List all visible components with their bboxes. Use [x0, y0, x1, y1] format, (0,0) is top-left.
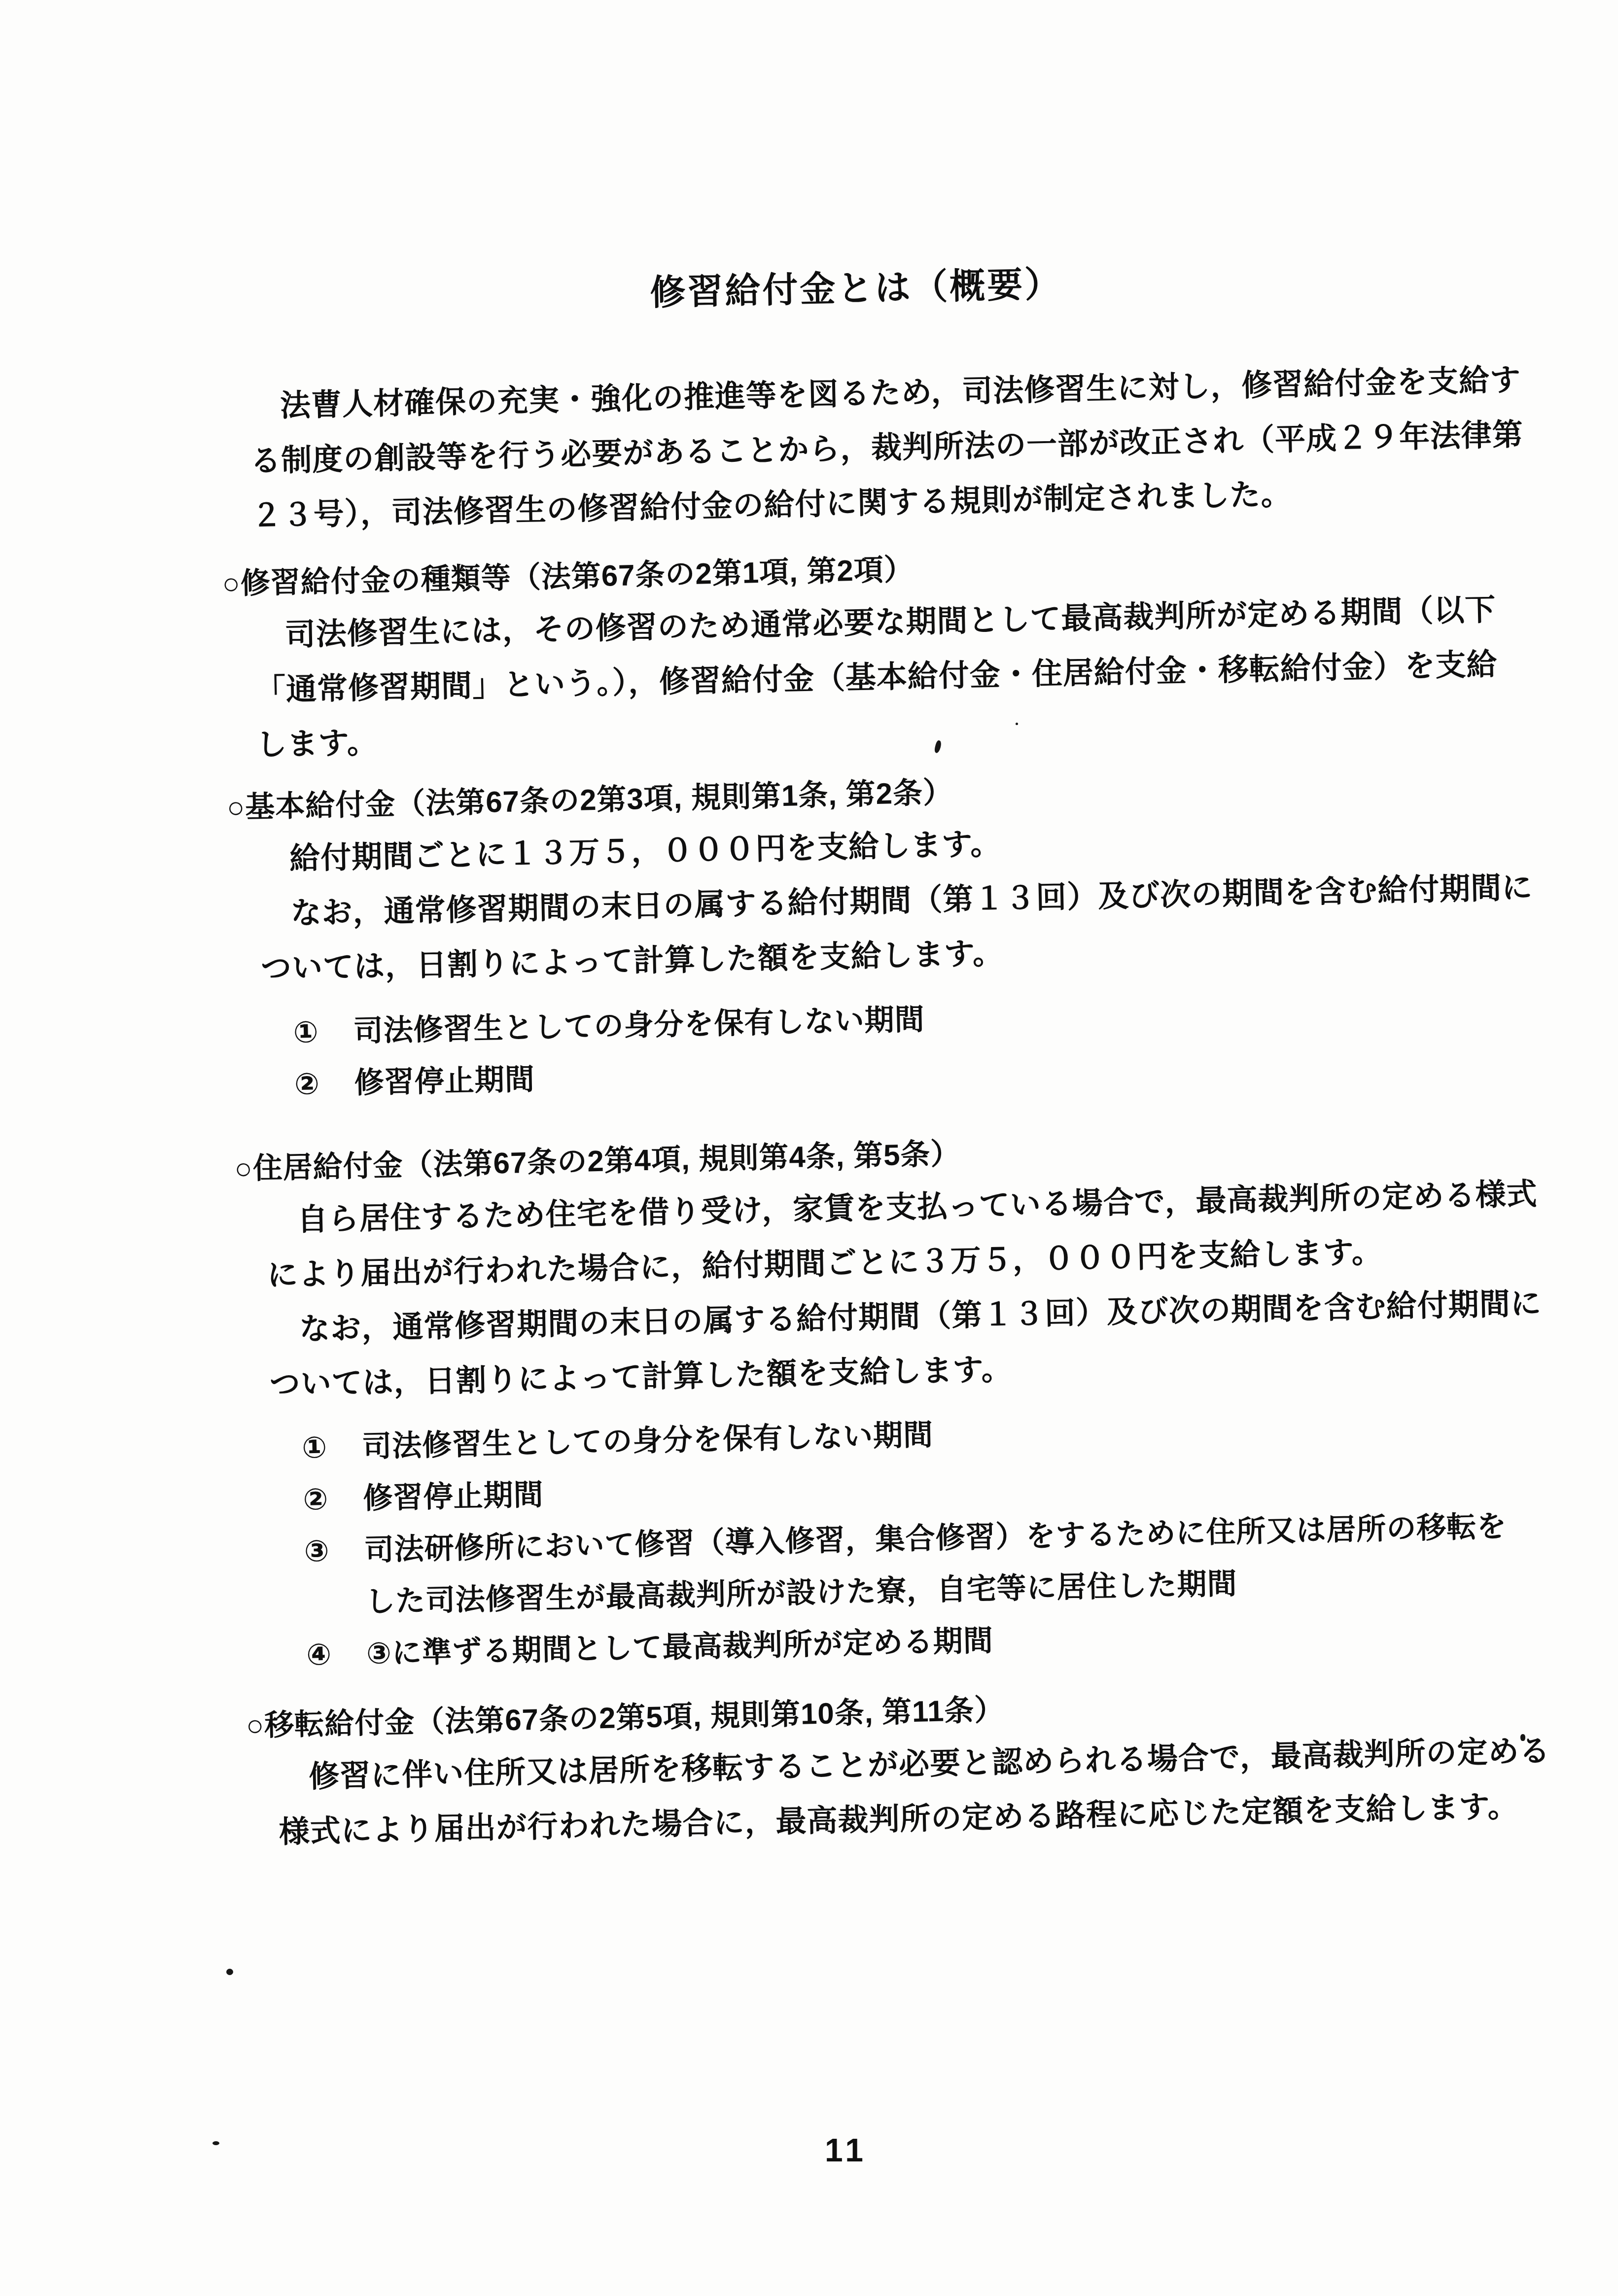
- section-body: 修習に伴い住所又は居所を移転することが必要と認められる場合で，最高裁判所の定める…: [277, 1723, 1606, 1860]
- item-marker: ②: [303, 1472, 364, 1526]
- item-marker: ③: [304, 1524, 365, 1577]
- item-marker: ①: [293, 1005, 354, 1058]
- section-types: ○修習給付金の種類等（法第67条の2第1項, 第2項） 司法修習生には，その修習…: [0, 534, 1613, 778]
- section-housing-benefit: ○住居給付金（法第67条の2第4項, 規則第4条, 第5条） 自ら居住するため住…: [3, 1119, 1618, 1687]
- scanned-document-page: 修習給付金とは（概要） 法曹人材確保の充実・強化の推進等を図るため，司法修習生に…: [0, 0, 1618, 2296]
- section-body: 自ら居住するため住宅を借り受け，家賃を支払っている場合で，最高裁判所の定める様式…: [266, 1166, 1597, 1412]
- scan-speck: [226, 1969, 233, 1975]
- item-marker: ①: [301, 1421, 362, 1474]
- page-content: 修習給付金とは（概要） 法曹人材確保の充実・強化の推進等を図るため，司法修習生に…: [0, 0, 1618, 1865]
- scan-speck: [1520, 1734, 1525, 1741]
- item-marker: ②: [294, 1057, 355, 1110]
- section-basic-benefit: ○基本給付金（法第67条の2第3項, 規則第1条, 第2条） 給付期間ごとに１３…: [0, 758, 1618, 1116]
- page-number: 11: [0, 2130, 1618, 2170]
- scan-speck: [1016, 723, 1018, 725]
- text-line: 修習停止期間: [363, 1478, 544, 1515]
- text-line: ③に準ずる期間として最高裁判所が定める期間: [366, 1624, 993, 1670]
- text-line: 司法修習生としての身分を保有しない期間: [362, 1418, 934, 1463]
- text-line: 修習停止期間: [354, 1063, 535, 1100]
- numbered-list: ① 司法修習生としての身分を保有しない期間 ② 修習停止期間 ③ 司法研修所にお…: [301, 1394, 1618, 1680]
- section-body: 司法修習生には，その修習のため通常必要な期間として最高裁判所が定める期間（以下 …: [253, 581, 1583, 772]
- section-relocation-benefit: ○移転給付金（法第67条の2第5項, 規則第10条, 第11条） 修習に伴い住所…: [15, 1676, 1618, 1865]
- text-line: した司法修習生が最高裁判所が設けた寮，自宅等に居住した期間: [365, 1567, 1237, 1618]
- document-title: 修習給付金とは（概要）: [0, 250, 1604, 330]
- numbered-list: ① 司法修習生としての身分を保有しない期間 ② 修習停止期間: [293, 979, 1618, 1110]
- intro-paragraph: 法曹人材確保の充実・強化の推進等を図るため，司法修習生に対し，修習給付金を支給す…: [248, 351, 1579, 543]
- scan-speck: [212, 2141, 219, 2145]
- text-line: 司法修習生としての身分を保有しない期間: [353, 1003, 925, 1047]
- item-marker: ④: [306, 1628, 367, 1681]
- section-body: 給付期間ごとに１３万５，０００円を支給します。 なお，通常修習期間の末日の属する…: [258, 804, 1588, 996]
